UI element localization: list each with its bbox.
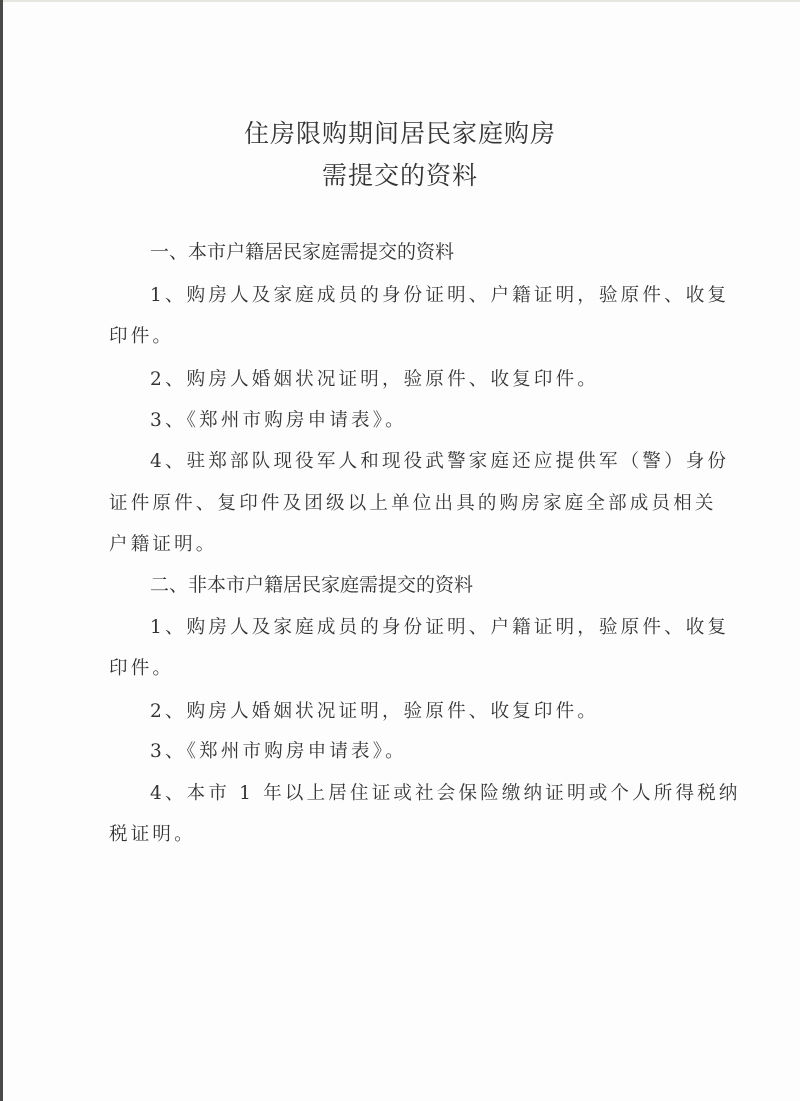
section-2-item-2: 2、购房人婚姻状况证明，验原件、收复印件。 [150, 697, 599, 723]
section-2-item-4-line1: 4、本市 1 年以上居住证或社会保险缴纳证明或个人所得税纳 [150, 779, 741, 805]
section-1-item-3: 3、《郑州市购房申请表》。 [150, 406, 407, 432]
section-2-item-4-line2: 税证明。 [109, 820, 196, 846]
section-2-heading: 二、非本市户籍居民家庭需提交的资料 [150, 570, 473, 597]
section-1-item-1-line1: 1、购房人及家庭成员的身份证明、户籍证明，验原件、收复 [150, 281, 729, 307]
section-2-item-1-line2: 印件。 [109, 654, 174, 680]
section-1-item-1-line2: 印件。 [109, 322, 174, 348]
document-title-line1: 住房限购期间居民家庭购房 [0, 114, 800, 150]
document-page: 住房限购期间居民家庭购房 需提交的资料 一、本市户籍居民家庭需提交的资料 1、购… [0, 0, 800, 1101]
section-1-item-2: 2、购房人婚姻状况证明，验原件、收复印件。 [150, 365, 599, 391]
section-2-item-1-line1: 1、购房人及家庭成员的身份证明、户籍证明，验原件、收复 [150, 613, 729, 639]
section-1-item-4-line1: 4、驻郑部队现役军人和现役武警家庭还应提供军（警）身份 [150, 447, 729, 473]
section-2-item-3: 3、《郑州市购房申请表》。 [150, 737, 407, 763]
section-1-item-4-line3: 户籍证明。 [109, 530, 218, 556]
section-1-item-4-line2: 证件原件、复印件及团级以上单位出具的购房家庭全部成员相关 [109, 489, 717, 515]
document-title-line2: 需提交的资料 [0, 156, 800, 192]
section-1-heading: 一、本市户籍居民家庭需提交的资料 [150, 237, 454, 264]
